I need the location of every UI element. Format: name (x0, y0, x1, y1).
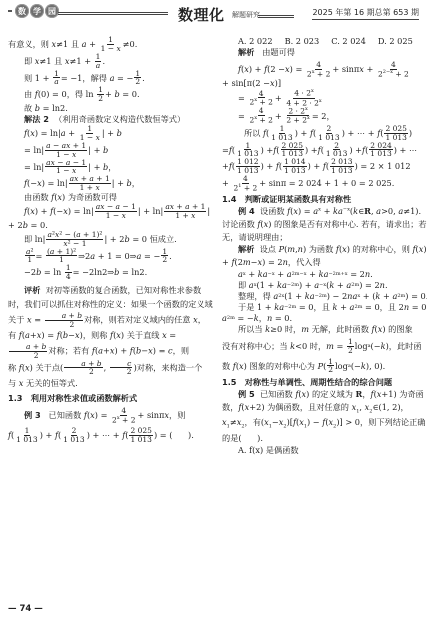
logo-char-3: 园 (45, 4, 59, 18)
text-line: = ln|a − ax + 11 − x| + b (8, 142, 213, 159)
text-line: 整理，得 a2x(1 + ka−2m) − 2nax + (k + a2m) =… (222, 291, 427, 302)
example-4-label: 例 4 (238, 206, 255, 216)
logo-char-1: 数 (15, 4, 29, 18)
option-d: D. 2 025 (378, 36, 413, 47)
logo-char-2: 学 (30, 4, 44, 18)
journal-title: 数理化 (178, 4, 225, 25)
text-line: f(x) + f(−x) = ln|ax − a − 11 − x| + ln|… (8, 203, 213, 220)
section-heading-1-5: 1.5 对称性与单调性、周期性结合的综合问题 (222, 377, 427, 388)
text-line: + 421 + 2+ sinπ = 2 024 + 1 + 0 = 2 025. (222, 175, 427, 192)
header-rule-left (58, 12, 168, 15)
left-column: 有意义，则 x≠1 且 a + 11 − x≠0. 即 x≠1 且 x≠1 + … (8, 36, 213, 444)
option-b: B. 2 023 (285, 36, 320, 47)
text-line: =f(11 013) +f(2 0251 013) +f(21 013) +f(… (222, 142, 427, 159)
text-line: 即 ln|a²x² − (a + 1)²x² − 1| + 2b = 0 恒成立… (8, 231, 213, 248)
text-line: + 2b = 0. (8, 220, 213, 231)
text-line: −2b = ln 14= −2ln2⇒b = ln2. (8, 264, 213, 281)
example-4: 例 4 设函数 f(x) = ax + ka−x(k∈R, a>0, a≠1).… (222, 205, 427, 243)
header-rule-right (258, 15, 294, 18)
logo-dash (8, 10, 12, 12)
text-line: = ln|ax − a − 11 − x| + b， (8, 159, 213, 176)
page-header: 数 学 园 数理化 解题研究 2025 年第 16 期总第 653 期 (0, 0, 427, 26)
text-line: 所以 f(11 013) + f(21 013) + ⋯ + f(2 0251 … (222, 125, 427, 142)
journal-logo: 数 学 园 (8, 4, 59, 18)
issue-info: 2025 年第 16 期总第 653 期 (312, 7, 419, 20)
right-column: A. 2 022 B. 2 023 C. 2 024 D. 2 025 解析 由… (222, 36, 427, 455)
example-3: 例 3 已知函数 f(x) = 42x + 2+ sinπx，则 (8, 407, 213, 424)
commentary-label: 评析 (24, 285, 40, 295)
text-line: 有意义，则 x≠1 且 a + 11 − x≠0. (8, 36, 213, 53)
solution-4-label: 解析 (238, 244, 254, 254)
commentary-paragraph: 评析 对初等函数的复合函数，已知对称性求参数时，我们可以抓住对称性的定义：如果一… (8, 283, 213, 391)
example-3-label: 例 3 (24, 410, 41, 421)
text-line: f(11 013) + f(21 013) + ⋯ + f(2 0251 013… (8, 427, 213, 444)
text-line: 所以当 k≥0 时，m 无解，此时函数 f(x) 的图象 (222, 324, 427, 335)
option-c: C. 2 024 (331, 36, 366, 47)
text-line: 数 f(x) 图象的对称中心为 P(12loga(−k), 0). (222, 358, 427, 375)
answer-options: A. 2 022 B. 2 023 C. 2 024 D. 2 025 (222, 36, 427, 47)
option-a: A. 2 022 (238, 36, 273, 47)
section-heading-1-3: 1.3 利用对称性求值或函数解析式 (8, 393, 213, 404)
analysis-heading: 解析 由题可得 (222, 47, 427, 58)
section-heading-1-4: 1.4 判断或证明某函数具有对称性 (222, 194, 427, 205)
text-line: a²1= (a + 1)²1⇒2a + 1 = 0⇒a = −12. (8, 248, 213, 265)
method-2-heading: 解法 2 （利用奇函数定义构造代数恒等式） (8, 114, 213, 125)
text-line: a2m = −k，n = 0. (222, 313, 427, 324)
text-line: f(−x) = ln|ax + a + 11 + x| + b， (8, 175, 213, 192)
page-number: — 74 — (8, 604, 43, 614)
text-line: 即 x≠1 且 x≠1 + 1a. (8, 53, 213, 70)
example-5-option-a: A. f(x) 是偶函数 (222, 444, 427, 455)
journal-subtitle: 解题研究 (232, 10, 260, 20)
solution-4: 解析 设点 P(m,n) 为函数 f(x) 的对称中心，则 f(x) + f(2… (222, 243, 427, 268)
text-line: + sin[π(2 − x)] (222, 78, 427, 89)
text-line: ax + ka−x + a2m−x + ka−2m+x = 2n. (222, 269, 427, 280)
text-line: 即 ax(1 + ka−2m) + a−x(k + a2m) = 2n. (222, 280, 427, 291)
text-line: 没有对称中心；当 k<0 时，m = 12loga(−k)，此时函 (222, 338, 427, 355)
text-line: 于是 1 + ka−2m = 0，且 k + a2m = 0，且 2n = 0，… (222, 302, 427, 313)
text-line: 故 b = ln2. (8, 103, 213, 114)
example-5-label: 例 5 (238, 389, 255, 399)
text-line: 则 1 + 1a= −1，解得 a = −12. (8, 70, 213, 87)
text-line: = 42x + 2+ 2 · 2x2 + 2x= 2， (222, 107, 427, 125)
text-line: f(x) + f(2 − x) = 42x + 2+ sinπx + 422−x… (222, 61, 427, 78)
example-5: 例 5 已知函数 f(x) 的定义域为 R，f(x+1) 为奇函数，f(x+2)… (222, 388, 427, 444)
text-line: f(x) = ln|a + 11 − x| + b (8, 125, 213, 142)
text-line: = 42x + 2+ 4 · 2x4 + 2 · 2x (222, 89, 427, 107)
text-line: +f(1 0121 013) + f(1 0141 013) + f(2 013… (222, 158, 427, 175)
text-line: 由 f(0) = 0，得 ln 12+ b = 0. (8, 86, 213, 103)
